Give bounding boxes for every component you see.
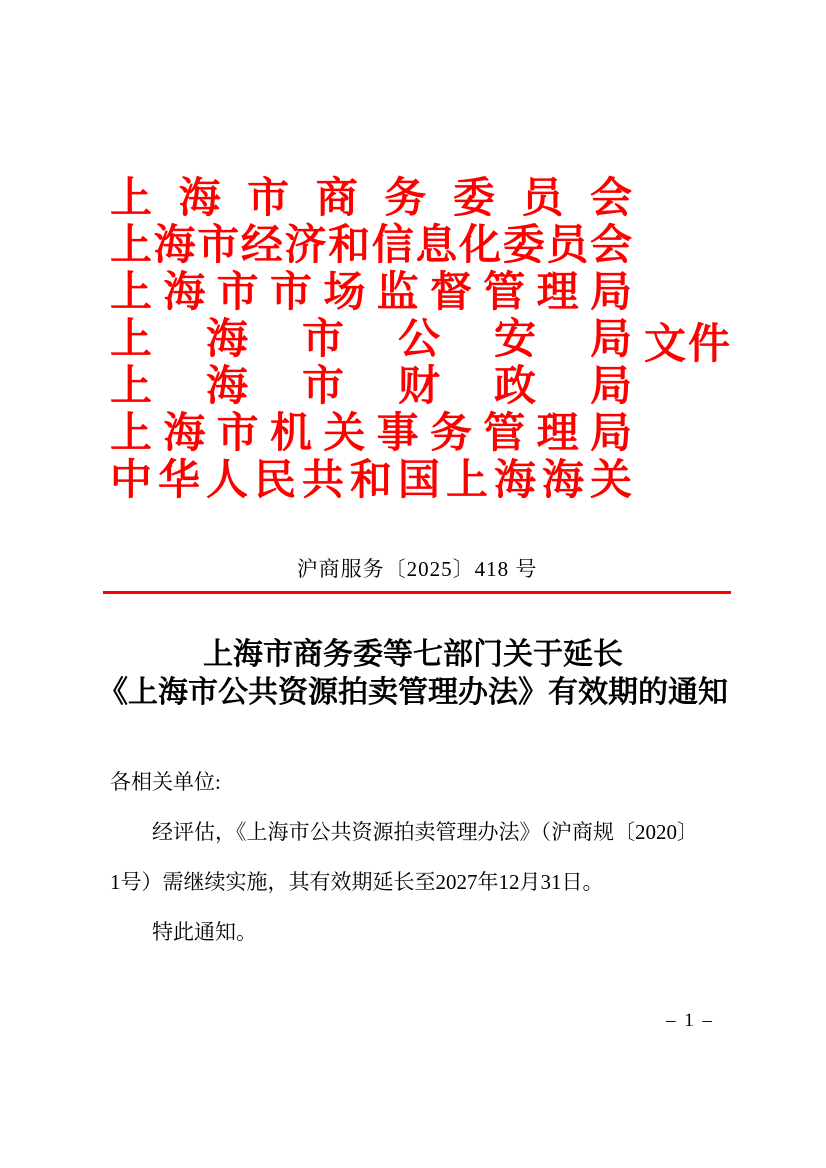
agency-name-line: 上海市财政局 <box>110 364 632 411</box>
salutation: 各相关单位: <box>110 757 728 807</box>
document-title-line-2: 《上海市公共资源拍卖管理办法》有效期的通知 <box>48 674 778 712</box>
letterhead-doc-word: 文件 <box>644 311 732 371</box>
agency-name-line: 上海市市场监督管理局 <box>110 270 632 317</box>
body-line: 1号）需继续实施，其有效期延长至2027年12月31日。 <box>110 857 728 907</box>
document-title-line-1: 上海市商务委等七部门关于延长 <box>48 636 778 674</box>
body-line: 经评估，《上海市公共资源拍卖管理办法》（沪商规〔2020〕 <box>110 807 728 857</box>
document-title: 上海市商务委等七部门关于延长 《上海市公共资源拍卖管理办法》有效期的通知 <box>48 636 778 712</box>
document-letterhead: 上海市商务委员会 上海市经济和信息化委员会 上海市市场监督管理局 上海市公安局 … <box>110 176 732 505</box>
agency-name-line: 上海市商务委员会 <box>110 176 632 223</box>
document-number: 沪商服务〔2025〕418 号 <box>103 553 731 583</box>
document-body: 各相关单位: 经评估，《上海市公共资源拍卖管理办法》（沪商规〔2020〕 1号）… <box>110 757 728 957</box>
agency-name-line: 上海市公安局 <box>110 317 632 364</box>
agency-name-line: 上海市经济和信息化委员会 <box>110 223 632 270</box>
body-line: 特此通知。 <box>110 907 728 957</box>
red-separator-rule <box>103 591 731 594</box>
page-number: – 1 – <box>666 1010 714 1032</box>
document-page: 上海市商务委员会 上海市经济和信息化委员会 上海市市场监督管理局 上海市公安局 … <box>0 0 826 1168</box>
agency-name-line: 中华人民共和国上海海关 <box>110 458 632 505</box>
agency-name-line: 上海市机关事务管理局 <box>110 411 632 458</box>
agency-name-list: 上海市商务委员会 上海市经济和信息化委员会 上海市市场监督管理局 上海市公安局 … <box>110 176 632 505</box>
